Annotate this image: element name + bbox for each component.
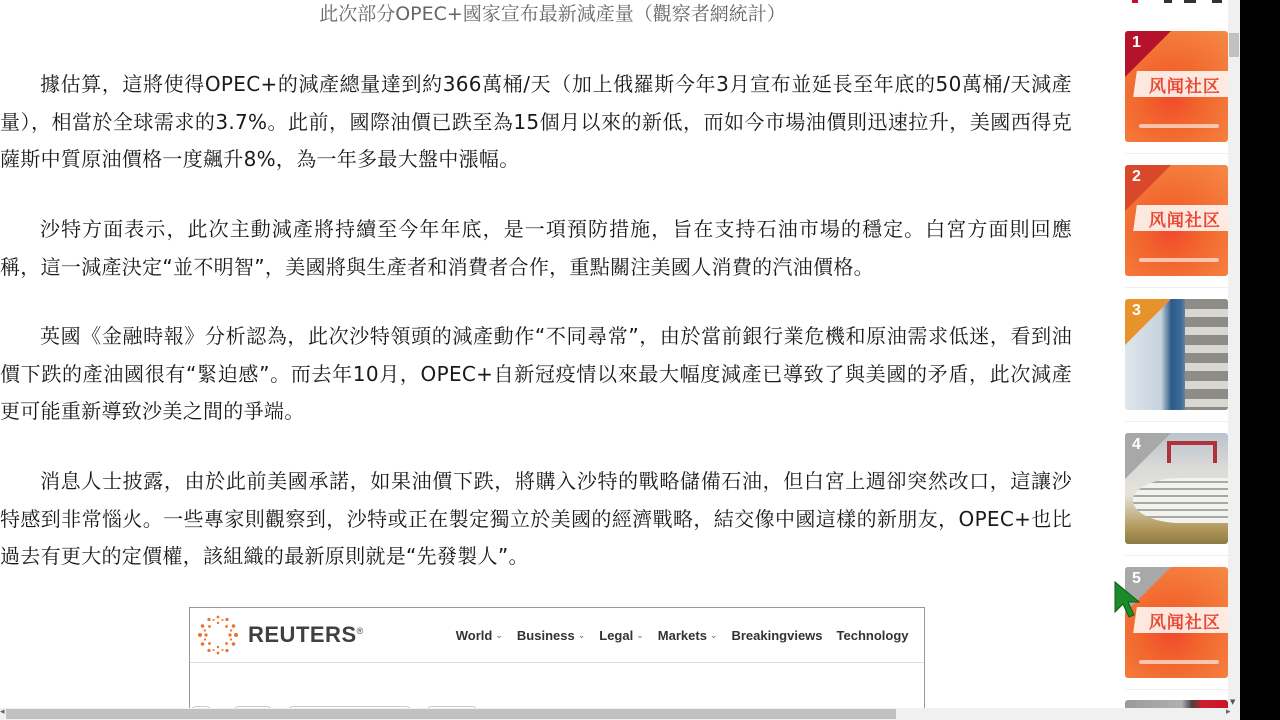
building-photo (1185, 299, 1228, 410)
divider (1125, 153, 1228, 154)
hot-item-1[interactable]: 1 风闻社区 (1125, 31, 1228, 142)
vertical-scroll-thumb[interactable] (1229, 33, 1239, 57)
banner-tagline (1139, 124, 1219, 128)
sidebar-heading-fragment (1122, 0, 1232, 6)
article-paragraph: 據估算，這將使得OPEC+的減產總量達到約366萬桶/天（加上俄羅斯今年3月宣布… (0, 66, 1072, 179)
shipyard-crane (1167, 441, 1217, 463)
reuters-screenshot-image: REUTERS® World⌄ Business⌄ Legal⌄ Markets… (189, 607, 925, 720)
rank-number: 2 (1132, 168, 1141, 186)
divider (1125, 689, 1228, 690)
chevron-down-icon: ⌄ (578, 630, 586, 641)
chevron-down-icon: ⌄ (495, 630, 503, 641)
image-caption: 此次部分OPEC+國家宣布最新減產量（觀察者網統計） (0, 0, 1105, 28)
banner-tagline (1139, 660, 1219, 664)
fengwen-banner: 风闻社区 (1133, 205, 1228, 231)
reuters-nav-breakingviews: Breakingviews (731, 628, 822, 643)
rank-number: 1 (1132, 34, 1141, 52)
ship-hull (1133, 478, 1228, 523)
scroll-right-arrow-icon[interactable]: ▸ (1226, 707, 1231, 717)
mouse-cursor-icon (1113, 580, 1143, 620)
divider (1125, 421, 1228, 422)
horizontal-scrollbar[interactable]: ◂ ▸ (0, 708, 1240, 720)
article-paragraph: 消息人士披露，由於此前美國承諾，如果油價下跌，將購入沙特的戰略儲備石油，但白宮上… (0, 463, 1072, 576)
fengwen-banner: 风闻社区 (1133, 607, 1228, 633)
chevron-down-icon: ⌄ (710, 630, 718, 641)
divider (1125, 555, 1228, 556)
vertical-scrollbar[interactable]: ▼ (1228, 0, 1240, 708)
divider (1125, 287, 1228, 288)
chevron-down-icon: ⌄ (636, 630, 644, 641)
rank-number: 3 (1132, 302, 1141, 320)
reuters-nav-technology: Technology (837, 628, 909, 643)
hot-item-4[interactable]: 4 (1125, 433, 1228, 544)
reuters-wordmark: REUTERS® (248, 622, 364, 648)
horizontal-scroll-thumb[interactable] (6, 709, 896, 719)
reuters-header: REUTERS® World⌄ Business⌄ Legal⌄ Markets… (190, 608, 924, 663)
scroll-left-arrow-icon[interactable]: ◂ (0, 707, 5, 717)
hot-item-2[interactable]: 2 风闻社区 (1125, 165, 1228, 276)
banner-tagline (1139, 258, 1219, 262)
rank-number: 4 (1132, 436, 1141, 454)
reuters-nav-legal: Legal⌄ (599, 628, 644, 643)
article-paragraph: 英國《金融時報》分析認為，此次沙特領頭的減產動作“不同尋常”，由於當前銀行業危機… (0, 318, 1072, 431)
browser-viewport: 此次部分OPEC+國家宣布最新減產量（觀察者網統計） 據估算，這將使得OPEC+… (0, 0, 1240, 720)
reuters-logo-icon (196, 613, 240, 657)
reuters-nav: World⌄ Business⌄ Legal⌄ Markets⌄ Breakin… (456, 628, 909, 643)
fengwen-banner: 风闻社区 (1133, 71, 1228, 97)
reuters-nav-world: World⌄ (456, 628, 503, 643)
scroll-down-arrow-icon[interactable]: ▼ (1230, 698, 1235, 706)
article-paragraph: 沙特方面表示，此次主動減產將持續至今年年底，是一項預防措施，旨在支持石油市場的穩… (0, 211, 1072, 286)
reuters-nav-business: Business⌄ (517, 628, 585, 643)
hot-item-3[interactable]: 3 (1125, 299, 1228, 410)
reuters-nav-markets: Markets⌄ (658, 628, 718, 643)
